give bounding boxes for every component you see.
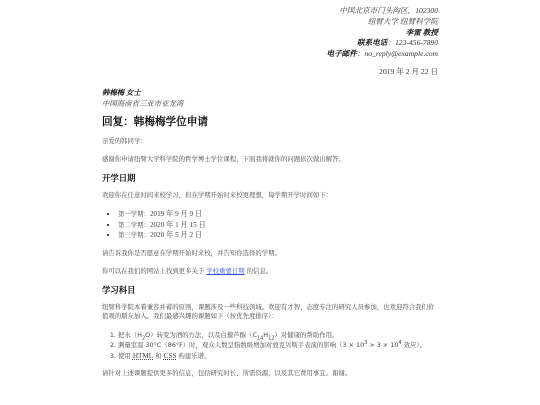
- topic-text: 效应）。: [402, 341, 426, 349]
- email-value: no_reply@example.com: [364, 49, 438, 58]
- term-item: 第一学期：2019 年 9 月 9 日: [118, 209, 440, 220]
- topic-list: 把水（H2O）转变为酒的方法，以及白藜芦醇（C14H12）对健康的帮助作用。 测…: [102, 330, 440, 362]
- term-label: 第三学期：: [118, 231, 150, 239]
- recipient-name: 韩梅梅 女士: [102, 88, 440, 99]
- html-abbreviation[interactable]: HTML: [133, 352, 153, 360]
- start-dates-lead: 欢迎你在任意时间来校学习，但在学期开始时来校更理想，每学期开学时间如下：: [102, 191, 440, 200]
- sender-address-block: 中国北京市门头沟区，102300 纽臂大学 纽臂科学院 李雷 教授 联系电话：1…: [102, 0, 438, 60]
- subjects-lead: 纽臂科学院本着兼容并蓄的原则，课题涉及一些科技领域。欢迎有才智、态度专注的研究人…: [102, 303, 440, 321]
- section-heading-subjects: 学习科目: [102, 285, 440, 296]
- topic-text: ）对健康的帮助作用。: [274, 331, 338, 339]
- topic-item: 测量室温 30°C（86°F）时，观众人数呈指数级增加对放克贝斯手表演的影响（3…: [118, 340, 440, 351]
- phone-value: 123-456-7890: [395, 38, 438, 47]
- section-heading-start-dates: 开学日期: [102, 173, 440, 184]
- topic-text: 构建乐谱。: [176, 352, 210, 360]
- closing-paragraph: 请针对上述课题提供更多的信息，包括研究时长、所需资源，以及其它费用事宜。谢谢。: [102, 369, 440, 378]
- sender-address-line: 中国北京市门头沟区，102300: [102, 6, 438, 17]
- important-dates-link[interactable]: 学校重要日期: [206, 267, 244, 275]
- more-info-text: 你可以在我们的网站上找到更多关于: [102, 267, 206, 275]
- letter-page: 中国北京市门头沟区，102300 纽臂大学 纽臂科学院 李雷 教授 联系电话：1…: [102, 0, 440, 387]
- letter-title: 回复：韩梅梅学位申请: [102, 116, 440, 129]
- term-label: 第一学期：: [118, 210, 150, 218]
- more-info-text-end: 的信息。: [245, 267, 273, 275]
- intro-paragraph: 感谢你申请纽臂大学科学院的哲学博士学位课程，下面我将就你的问题依次做出解答。: [102, 155, 440, 164]
- recipient-block: 韩梅梅 女士 中国海南省三亚市亚龙湾: [102, 88, 440, 109]
- topic-text: 测量室温 30°C（86°F）时，观众人数呈指数级增加对放克贝斯手表演的影响（3…: [118, 341, 364, 349]
- sender-name: 李雷 教授: [102, 28, 438, 39]
- phone-label: 联系电话: [357, 38, 387, 47]
- topic-item: 使用 HTML 和 CSS 构建乐谱。: [118, 351, 440, 362]
- term-date: 2019 年 9 月 9 日: [150, 210, 202, 218]
- topic-item: 把水（H2O）转变为酒的方法，以及白藜芦醇（C14H12）对健康的帮助作用。: [118, 330, 440, 341]
- term-choice-request: 请告诉我你是否愿意在学期开始时来校，并告知你选择的学期。: [102, 249, 440, 258]
- sender-email: 电子邮件：no_reply@example.com: [102, 49, 438, 60]
- topic-text: 把水（H: [118, 331, 142, 339]
- greeting: 亲爱的韩同学：: [102, 137, 440, 146]
- more-info-paragraph: 你可以在我们的网站上找到更多关于 学校重要日期 的信息。: [102, 267, 440, 276]
- phone-separator: ：: [387, 38, 395, 47]
- email-label: 电子邮件: [326, 49, 356, 58]
- term-item: 第三学期：2020 年 5 月 2 日: [118, 230, 440, 241]
- topic-text: O）转变为酒的方法，以及白藜芦醇（C: [145, 331, 257, 339]
- sender-phone: 联系电话：123-456-7890: [102, 38, 438, 49]
- term-date: 2020 年 1 月 15 日: [150, 221, 206, 229]
- term-list: 第一学期：2019 年 9 月 9 日 第二学期：2020 年 1 月 15 日…: [102, 209, 440, 241]
- sender-institution: 纽臂大学 纽臂科学院: [102, 17, 438, 28]
- recipient-address: 中国海南省三亚市亚龙湾: [102, 99, 440, 110]
- css-abbreviation[interactable]: CSS: [164, 352, 177, 360]
- topic-text: 和: [153, 352, 163, 360]
- term-item: 第二学期：2020 年 1 月 15 日: [118, 220, 440, 231]
- term-label: 第二学期：: [118, 221, 150, 229]
- topic-text: 使用: [118, 352, 133, 360]
- topic-text: > 3 × 10: [367, 341, 398, 349]
- term-date: 2020 年 5 月 2 日: [150, 231, 202, 239]
- letter-date: 2019 年 2 月 22 日: [102, 67, 438, 76]
